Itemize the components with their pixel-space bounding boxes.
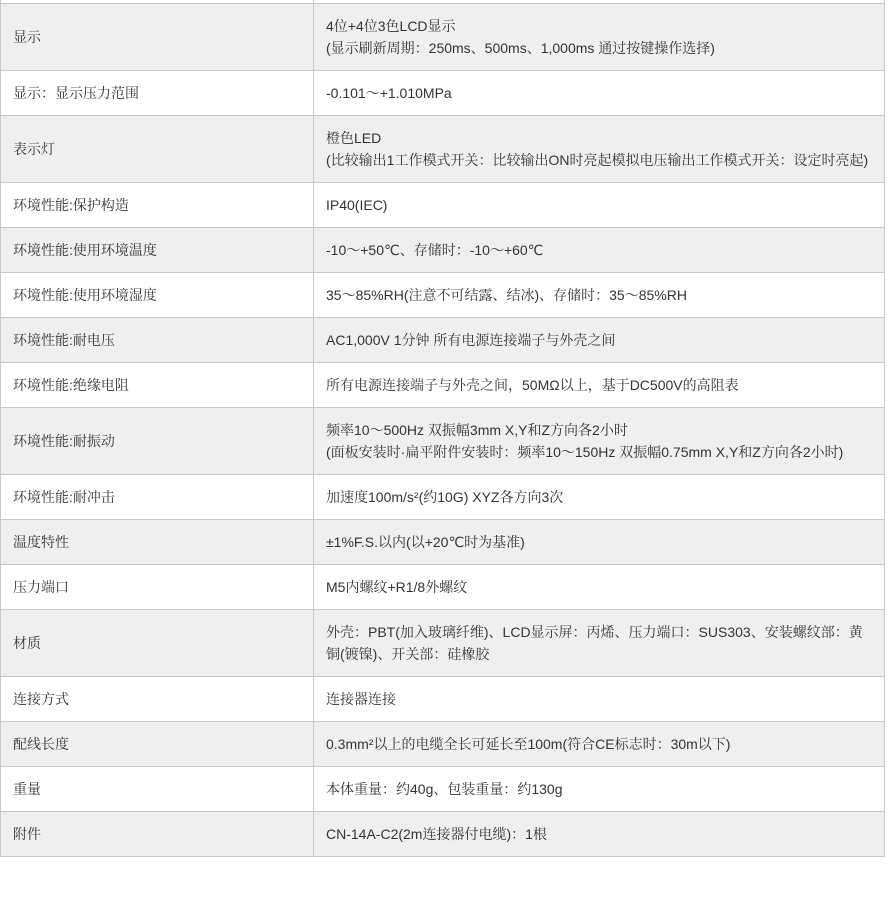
spec-value-cell: 连接器连接 — [314, 677, 884, 721]
spec-label-text: 附件 — [13, 823, 41, 845]
spec-label-text: 显示：显示压力范围 — [13, 82, 139, 104]
spec-label-cell: 环境性能:耐电压 — [1, 318, 314, 362]
spec-label-cell: 环境性能:耐冲击 — [1, 475, 314, 519]
spec-label-cell: 环境性能:使用环境温度 — [1, 228, 314, 272]
spec-label-text: 环境性能:使用环境湿度 — [13, 284, 157, 306]
spec-label-text: 温度特性 — [13, 531, 69, 553]
spec-value-text: AC1,000V 1分钟 所有电源连接端子与外壳之间 — [326, 329, 615, 351]
spec-label-text: 材质 — [13, 632, 41, 654]
spec-value-text: -10～+50℃、存储时：-10～+60℃ — [326, 239, 543, 261]
spec-row: 环境性能:耐电压 AC1,000V 1分钟 所有电源连接端子与外壳之间 — [1, 318, 884, 363]
spec-value-cell: M5内螺纹+R1/8外螺纹 — [314, 565, 884, 609]
spec-row: 显示：显示压力范围 -0.101～+1.010MPa — [1, 71, 884, 116]
spec-label-text: 环境性能:绝缘电阻 — [13, 374, 129, 396]
spec-value-text: 0.3mm²以上的电缆全长可延长至100m(符合CE标志时：30m以下) — [326, 733, 730, 755]
spec-value-cell: 所有电源连接端子与外壳之间，50MΩ以上，基于DC500V的高阻表 — [314, 363, 884, 407]
spec-label-cell: 环境性能:耐振动 — [1, 408, 314, 474]
spec-value-text: -0.101～+1.010MPa — [326, 82, 452, 104]
spec-row: 环境性能:保护构造 IP40(IEC) — [1, 183, 884, 228]
spec-label-text: 连接方式 — [13, 688, 69, 710]
spec-label-text: 环境性能:耐电压 — [13, 329, 115, 351]
spec-value-cell: 外壳：PBT(加入玻璃纤维)、LCD显示屏：丙烯、压力端口：SUS303、安装螺… — [314, 610, 884, 676]
spec-row: 环境性能:使用环境湿度 35～85%RH(注意不可结露、结冰)、存储时：35～8… — [1, 273, 884, 318]
spec-label-cell: 压力端口 — [1, 565, 314, 609]
spec-label-cell: 表示灯 — [1, 116, 314, 182]
spec-value-cell: 本体重量：约40g、包装重量：约130g — [314, 767, 884, 811]
spec-row: 显示 4位+4位3色LCD显示 (显示刷新周期：250ms、500ms、1,00… — [1, 4, 884, 71]
spec-row: 表示灯 橙色LED (比较输出1工作模式开关：比较输出ON时亮起模拟电压输出工作… — [1, 116, 884, 183]
spec-value-text: 频率10～500Hz 双振幅3mm X,Y和Z方向各2小时 (面板安装时·扁平附… — [326, 419, 843, 463]
spec-row: 环境性能:耐冲击 加速度100m/s²(约10G) XYZ各方向3次 — [1, 475, 884, 520]
spec-value-cell: 加速度100m/s²(约10G) XYZ各方向3次 — [314, 475, 884, 519]
spec-value-cell: -0.101～+1.010MPa — [314, 71, 884, 115]
spec-row: 配线长度 0.3mm²以上的电缆全长可延长至100m(符合CE标志时：30m以下… — [1, 722, 884, 767]
spec-row: 环境性能:耐振动 频率10～500Hz 双振幅3mm X,Y和Z方向各2小时 (… — [1, 408, 884, 475]
spec-row: 重量 本体重量：约40g、包装重量：约130g — [1, 767, 884, 812]
spec-label-text: 压力端口 — [13, 576, 69, 598]
spec-value-text: 本体重量：约40g、包装重量：约130g — [326, 778, 563, 800]
spec-label-text: 环境性能:耐振动 — [13, 430, 115, 452]
spec-value-cell: 35～85%RH(注意不可结露、结冰)、存储时：35～85%RH — [314, 273, 884, 317]
spec-label-cell: 温度特性 — [1, 520, 314, 564]
spec-value-cell: 0.3mm²以上的电缆全长可延长至100m(符合CE标志时：30m以下) — [314, 722, 884, 766]
spec-table-rows: 显示 4位+4位3色LCD显示 (显示刷新周期：250ms、500ms、1,00… — [1, 4, 884, 857]
spec-row: 温度特性 ±1%F.S.以内(以+20℃时为基准) — [1, 520, 884, 565]
spec-row: 连接方式 连接器连接 — [1, 677, 884, 722]
spec-row: 压力端口 M5内螺纹+R1/8外螺纹 — [1, 565, 884, 610]
spec-value-text: M5内螺纹+R1/8外螺纹 — [326, 576, 467, 598]
spec-table: 显示 4位+4位3色LCD显示 (显示刷新周期：250ms、500ms、1,00… — [0, 0, 885, 857]
spec-label-cell: 附件 — [1, 812, 314, 856]
spec-label-cell: 材质 — [1, 610, 314, 676]
spec-value-cell: AC1,000V 1分钟 所有电源连接端子与外壳之间 — [314, 318, 884, 362]
spec-value-text: 4位+4位3色LCD显示 (显示刷新周期：250ms、500ms、1,000ms… — [326, 15, 715, 59]
spec-row: 材质 外壳：PBT(加入玻璃纤维)、LCD显示屏：丙烯、压力端口：SUS303、… — [1, 610, 884, 677]
cutoff-label-cell — [1, 0, 314, 3]
cutoff-value-cell — [314, 0, 884, 3]
spec-label-text: 表示灯 — [13, 138, 55, 160]
spec-value-text: 外壳：PBT(加入玻璃纤维)、LCD显示屏：丙烯、压力端口：SUS303、安装螺… — [326, 621, 870, 665]
spec-label-cell: 重量 — [1, 767, 314, 811]
spec-label-text: 配线长度 — [13, 733, 69, 755]
spec-label-text: 重量 — [13, 778, 41, 800]
spec-value-text: 加速度100m/s²(约10G) XYZ各方向3次 — [326, 486, 563, 508]
spec-label-text: 环境性能:耐冲击 — [13, 486, 115, 508]
spec-label-cell: 连接方式 — [1, 677, 314, 721]
spec-label-text: 环境性能:使用环境温度 — [13, 239, 157, 261]
spec-value-cell: CN-14A-C2(2m连接器付电缆)：1根 — [314, 812, 884, 856]
spec-label-text: 显示 — [13, 26, 41, 48]
spec-value-cell: -10～+50℃、存储时：-10～+60℃ — [314, 228, 884, 272]
spec-label-cell: 显示 — [1, 4, 314, 70]
spec-value-cell: IP40(IEC) — [314, 183, 884, 227]
spec-value-cell: 频率10～500Hz 双振幅3mm X,Y和Z方向各2小时 (面板安装时·扁平附… — [314, 408, 884, 474]
spec-label-cell: 配线长度 — [1, 722, 314, 766]
spec-label-cell: 环境性能:使用环境湿度 — [1, 273, 314, 317]
spec-label-cell: 显示：显示压力范围 — [1, 71, 314, 115]
spec-label-text: 环境性能:保护构造 — [13, 194, 129, 216]
spec-value-text: ±1%F.S.以内(以+20℃时为基准) — [326, 531, 525, 553]
spec-value-cell: 橙色LED (比较输出1工作模式开关：比较输出ON时亮起模拟电压输出工作模式开关… — [314, 116, 884, 182]
spec-value-text: 连接器连接 — [326, 688, 396, 710]
spec-row: 环境性能:使用环境温度 -10～+50℃、存储时：-10～+60℃ — [1, 228, 884, 273]
spec-row: 环境性能:绝缘电阻 所有电源连接端子与外壳之间，50MΩ以上，基于DC500V的… — [1, 363, 884, 408]
spec-value-text: 所有电源连接端子与外壳之间，50MΩ以上，基于DC500V的高阻表 — [326, 374, 739, 396]
spec-value-cell: ±1%F.S.以内(以+20℃时为基准) — [314, 520, 884, 564]
spec-label-cell: 环境性能:绝缘电阻 — [1, 363, 314, 407]
spec-value-text: 橙色LED (比较输出1工作模式开关：比较输出ON时亮起模拟电压输出工作模式开关… — [326, 127, 868, 171]
spec-value-text: CN-14A-C2(2m连接器付电缆)：1根 — [326, 823, 547, 845]
spec-label-cell: 环境性能:保护构造 — [1, 183, 314, 227]
spec-row: 附件 CN-14A-C2(2m连接器付电缆)：1根 — [1, 812, 884, 857]
spec-value-text: 35～85%RH(注意不可结露、结冰)、存储时：35～85%RH — [326, 284, 687, 306]
spec-value-cell: 4位+4位3色LCD显示 (显示刷新周期：250ms、500ms、1,000ms… — [314, 4, 884, 70]
spec-value-text: IP40(IEC) — [326, 194, 387, 216]
